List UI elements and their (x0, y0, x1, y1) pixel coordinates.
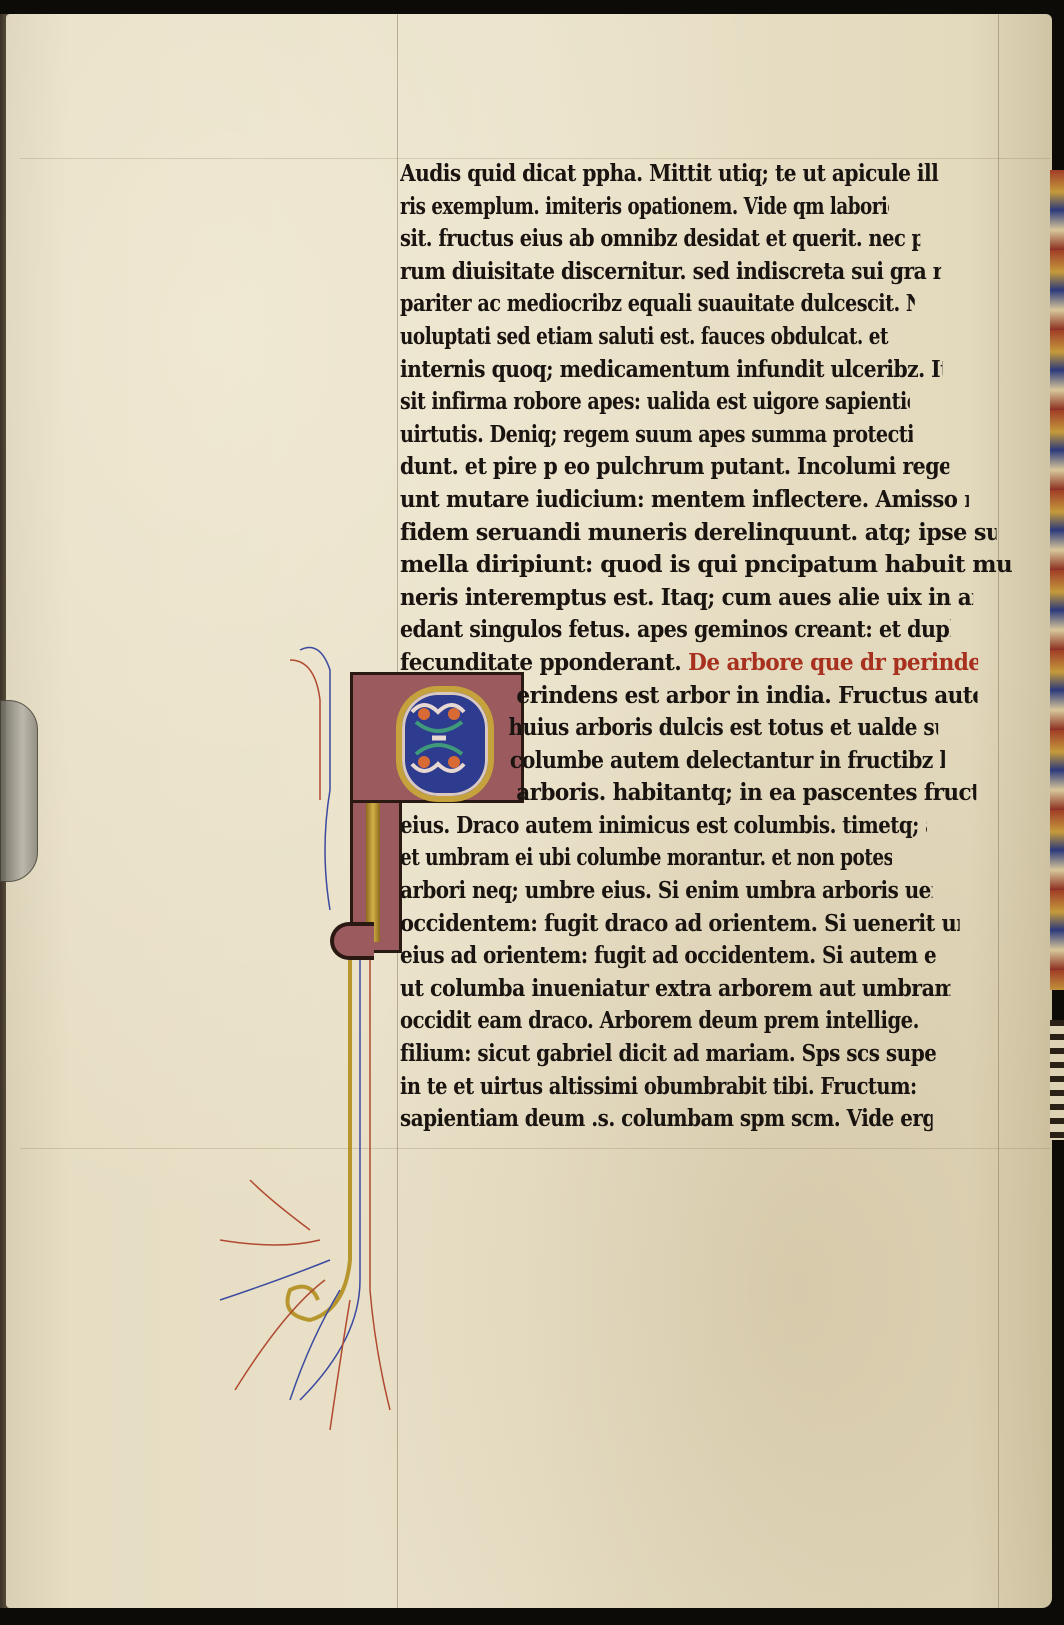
text-line: dunt. et pire p eo pulchrum putant. Inco… (400, 451, 949, 484)
text-line: ris exemplum. imiteris opationem. Vide q… (400, 191, 889, 224)
text-line: sapientiam deum .s. columbam spm scm. Vi… (400, 1103, 933, 1136)
text-line: Audis quid dicat ppha. Mittit utiq; te u… (400, 158, 939, 191)
text-line: sit infirma robore apes: ualida est uigo… (400, 386, 910, 419)
facing-page-text (1050, 1020, 1064, 1140)
text-line: rum diuisitate discernitur. sed indiscre… (400, 256, 941, 289)
ruling-bottom (20, 1148, 1050, 1149)
text-line: ut columba inueniatur extra arborem aut … (400, 973, 950, 1006)
text-line: arbori neq; umbre eius. Si enim umbra ar… (400, 875, 933, 908)
text-line: neris interemptus est. Itaq; cum aues al… (400, 582, 973, 615)
text-line: columbe autem delectantur in fructibz hu… (400, 745, 945, 778)
text-line: eius. Draco autem inimicus est columbis.… (400, 810, 927, 843)
text-line: erindens est arbor in india. Fructus aut… (400, 680, 977, 713)
text-line: filium: sicut gabriel dicit ad mariam. S… (400, 1038, 936, 1071)
text-line: uoluptati sed etiam saluti est. fauces o… (400, 321, 893, 354)
rubric-heading: De arbore que dr perindens. (688, 649, 978, 676)
text-line: sit. fructus eius ab omnibz desidat et q… (400, 223, 920, 256)
text-line-with-rubric: fecunditate pponderant. De arbore que dr… (400, 647, 978, 680)
pen-flourish-icon (200, 640, 400, 1440)
text-line: arboris. habitantq; in ea pascentes fruc… (400, 777, 976, 810)
text-line: mella diripiunt: quod is qui pncipatum h… (400, 549, 1015, 582)
text-line: edant singulos fetus. apes geminos crean… (400, 614, 950, 647)
text-line: et umbram ei ubi columbe morantur. et no… (400, 842, 892, 875)
text-line: uirtutis. Deniq; regem suum apes summa p… (400, 419, 913, 452)
text-line: internis quoq; medicamentum infundit ulc… (400, 354, 942, 387)
text-line-end: fecunditate pponderant. (400, 649, 681, 676)
text-column: Audis quid dicat ppha. Mittit utiq; te u… (400, 158, 1015, 1136)
text-line: occidentem: fugit draco ad orientem. Si … (400, 908, 960, 941)
page-clip (0, 700, 38, 882)
text-line: pariter ac mediocribz equali suauitate d… (400, 288, 915, 321)
text-line: in te et uirtus altissimi obumbrabit tib… (400, 1071, 919, 1104)
text-line: occidit eam draco. Arborem deum prem int… (400, 1005, 925, 1038)
text-line: huius arboris dulcis est totus et ualde … (400, 712, 938, 745)
text-line: unt mutare iudicium: mentem inflectere. … (400, 484, 969, 517)
text-line: fidem seruandi muneris derelinquunt. atq… (400, 517, 997, 550)
text-line: eius ad orientem: fugit ad occidentem. S… (400, 940, 936, 973)
facing-page-illumination (1050, 170, 1064, 990)
